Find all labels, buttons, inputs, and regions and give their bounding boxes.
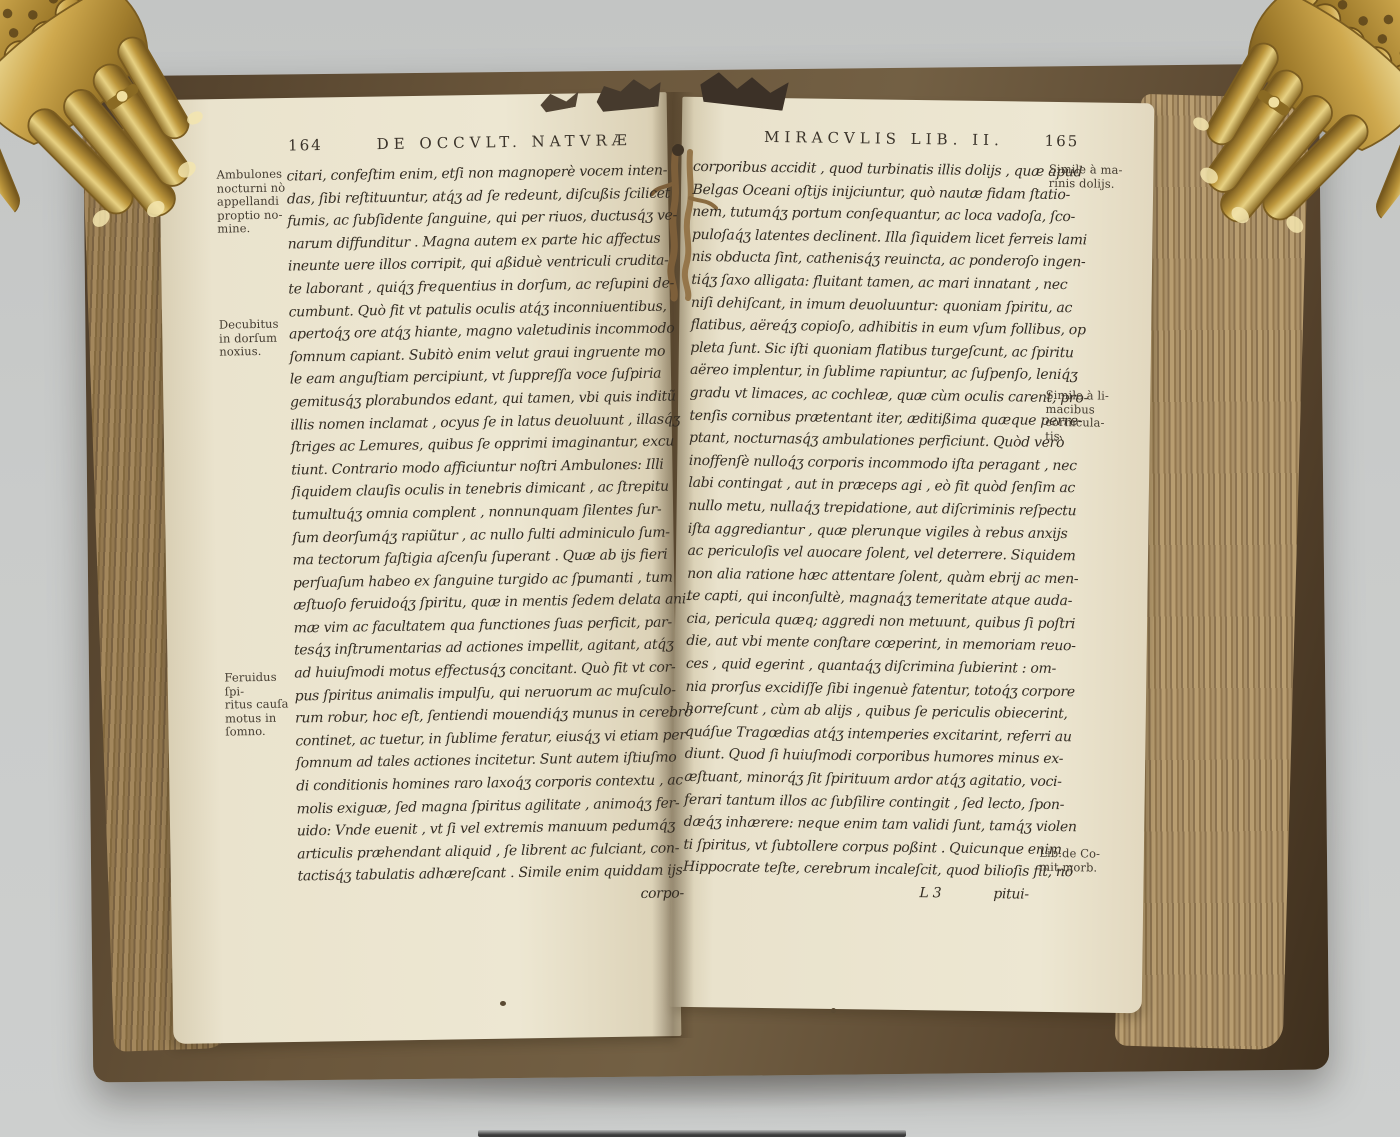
- right-text-lines: corporibus accidit , quod turbinatis ill…: [683, 156, 1039, 884]
- table-edge: [478, 1130, 906, 1137]
- margin-note: Feruidus ſpi-ritus cauſamotus inſomno.: [224, 670, 295, 739]
- margin-note: Lib.de Co-mit.morb.: [1039, 847, 1100, 875]
- left-margin-notes: Ambulonesnocturni nòappellandiproptio no…: [216, 166, 297, 890]
- left-running-title: DE OCCVLT. NATVRÆ: [377, 130, 676, 153]
- ink-spot: [500, 1001, 506, 1006]
- text-line: Hippocrate teſte, cerebrum incaleſcit, q…: [683, 856, 1029, 883]
- margin-note: Ambulonesnocturni nòappellandiproptio no…: [216, 168, 286, 237]
- right-catchword: pitui-: [993, 883, 1029, 906]
- gathering-signature: L 3: [919, 882, 941, 905]
- ink-spot: [831, 1008, 836, 1013]
- right-margin-notes: Simile à ma-rinis dolijs.Simile à li-mac…: [1029, 161, 1145, 885]
- right-running-title: MIRACVLIS LIB. II.: [693, 127, 1045, 150]
- margin-note: Simile à ma-rinis dolijs.: [1049, 163, 1123, 191]
- left-page-number: 164: [288, 136, 323, 155]
- left-text-lines: citari, confeſtim enim, etſi non magnope…: [286, 159, 683, 888]
- right-page-text: MIRACVLIS LIB. II. 165 corporibus accidi…: [683, 127, 1146, 908]
- left-page-text: 164 DE OCCVLT. NATVRÆ Ambulonesnocturni …: [216, 130, 684, 912]
- photo-scene: 164 DE OCCVLT. NATVRÆ Ambulonesnocturni …: [0, 0, 1400, 1137]
- margin-note: Simile à li-macibuscornicula-tis.: [1045, 389, 1109, 444]
- right-page-body: corporibus accidit , quod turbinatis ill…: [683, 156, 1145, 885]
- margin-note: Decubitusin dorſumnoxius.: [219, 318, 279, 359]
- right-page-number: 165: [1045, 132, 1080, 150]
- left-page-body: Ambulonesnocturni nòappellandiproptio no…: [216, 159, 683, 889]
